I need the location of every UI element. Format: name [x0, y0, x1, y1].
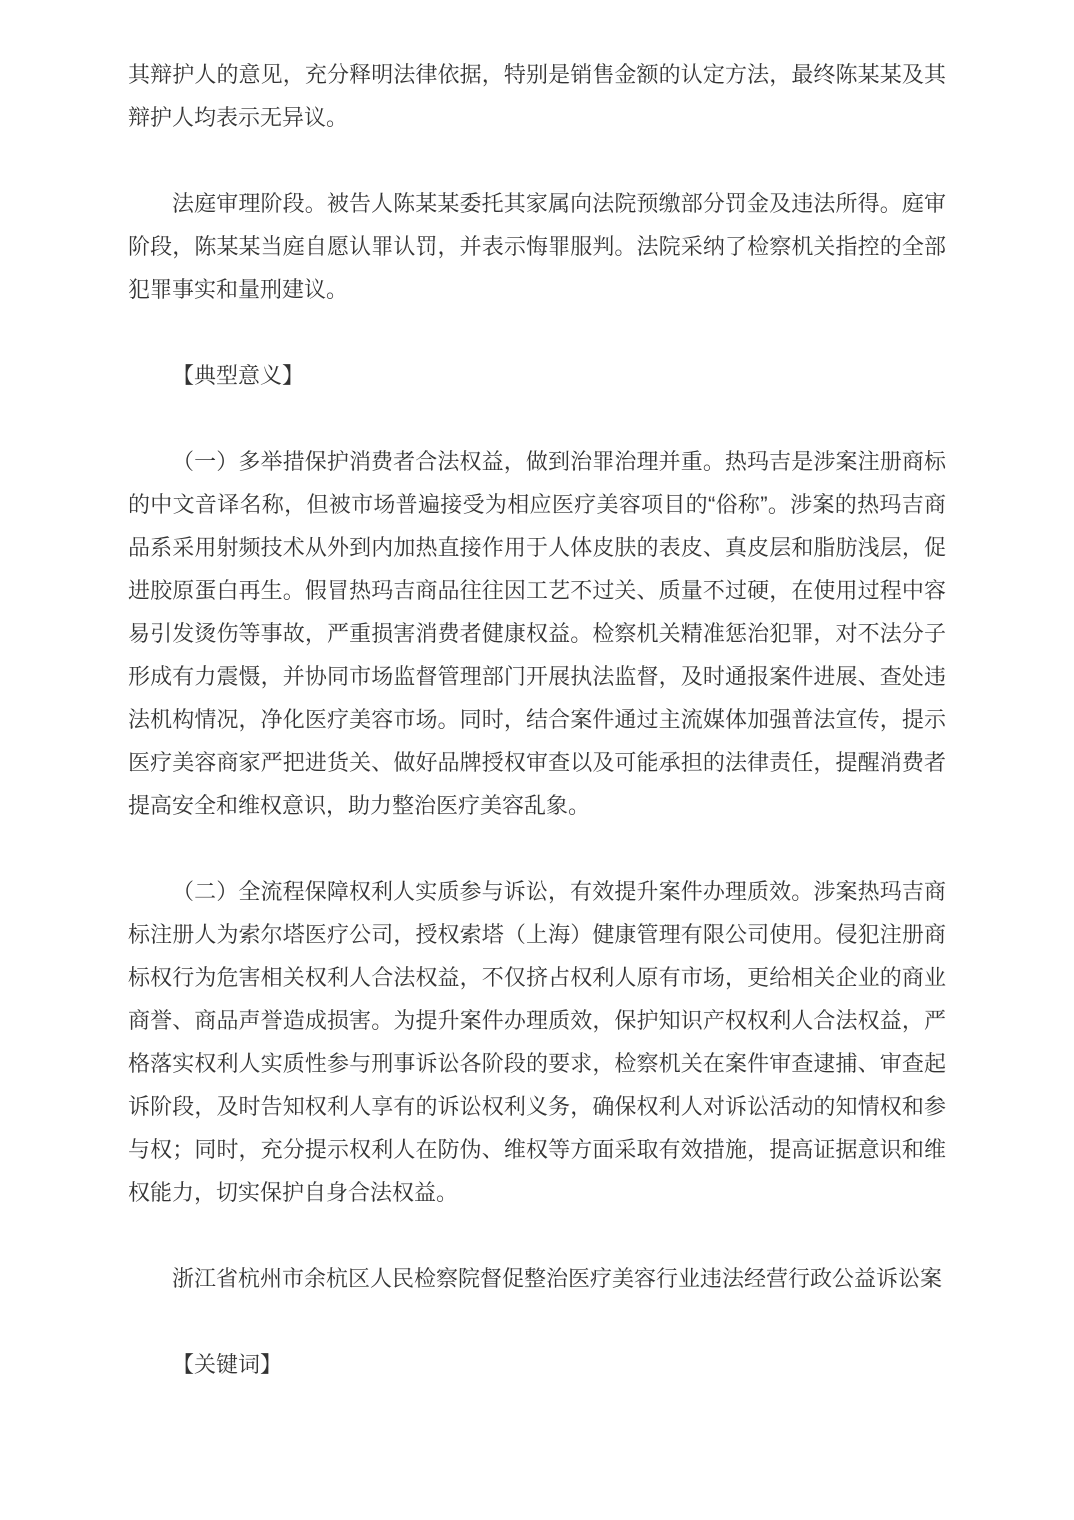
paragraph-significance-1: （一）多举措保护消费者合法权益，做到治罪治理并重。热玛吉是涉案注册商标的中文音译… [128, 440, 946, 827]
paragraph-significance-2: （二）全流程保障权利人实质参与诉讼，有效提升案件办理质效。涉案热玛吉商标注册人为… [128, 870, 946, 1214]
paragraph-defense-opinion: 其辩护人的意见，充分释明法律依据，特别是销售金额的认定方法，最终陈某某及其辩护人… [128, 53, 946, 139]
paragraph-court-trial: 法庭审理阶段。被告人陈某某委托其家属向法院预缴部分罚金及违法所得。庭审阶段，陈某… [128, 182, 946, 311]
case-title: 浙江省杭州市余杭区人民检察院督促整治医疗美容行业违法经营行政公益诉讼案 [128, 1257, 946, 1300]
document-page: 其辩护人的意见，充分释明法律依据，特别是销售金额的认定方法，最终陈某某及其辩护人… [0, 0, 1074, 1520]
heading-keywords: 【关键词】 [128, 1343, 946, 1386]
heading-typical-significance: 【典型意义】 [128, 354, 946, 397]
